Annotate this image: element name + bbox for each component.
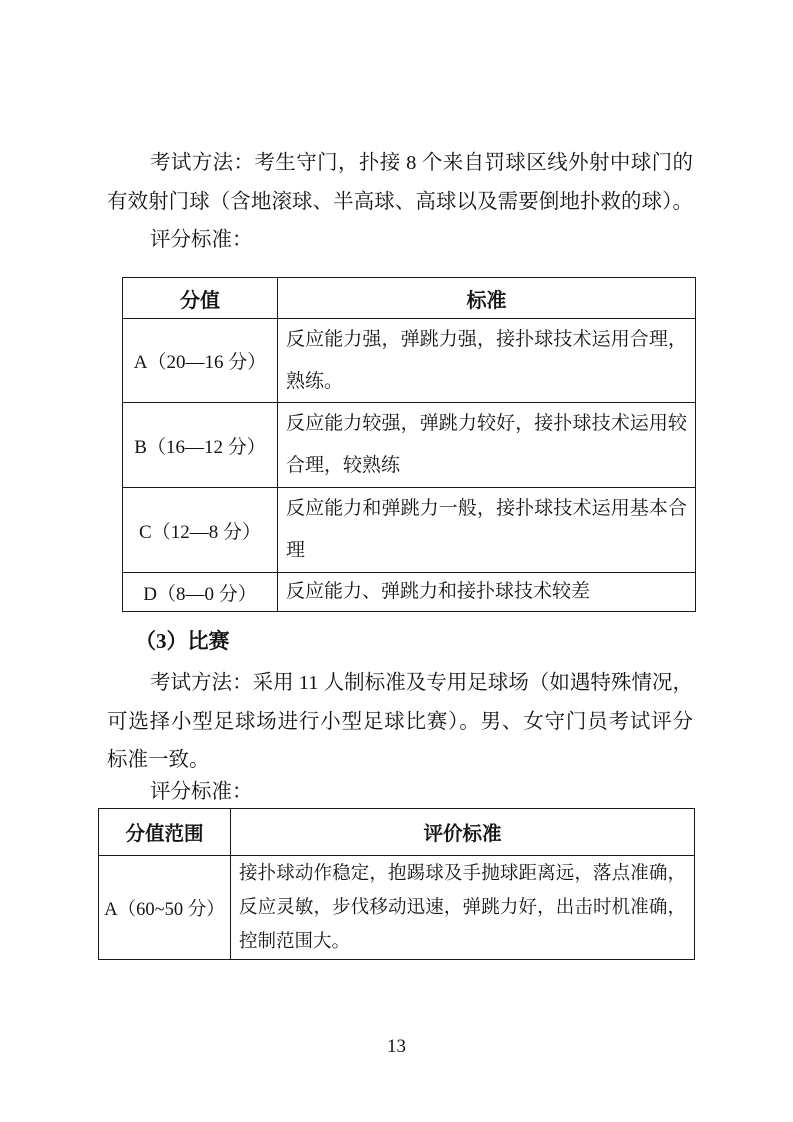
- table1-row-d-score: D（8—0 分）: [123, 573, 278, 611]
- scoring-standard-label: 评分标准：: [107, 221, 693, 260]
- paragraph-line: 可选择小型足球场进行小型足球比赛）。男、女守门员考试评分: [107, 703, 693, 742]
- table1-row-b-desc: 反应能力较强，弹跳力较好，接扑球技术运用较 合理，较熟练: [278, 403, 695, 488]
- paragraph-line: 考试方法：采用 11 人制标准及专用足球场（如遇特殊情况，: [107, 664, 693, 703]
- paragraph-line: 有效射门球（含地滚球、半高球、高球以及需要倒地扑救的球）。: [107, 183, 693, 222]
- table1-header-standard: 标准: [278, 278, 695, 319]
- table2-header-score-range: 分值范围: [99, 809, 231, 856]
- table1-row-b-score: B（16—12 分）: [123, 403, 278, 488]
- table1-row-a-desc: 反应能力强，弹跳力强，接扑球技术运用合理， 熟练。: [278, 319, 695, 403]
- section-3-heading: （3）比赛: [107, 626, 693, 656]
- table1-row-c-desc: 反应能力和弹跳力一般，接扑球技术运用基本合 理: [278, 488, 695, 573]
- scoring-standard-label-2: 评分标准：: [107, 778, 693, 807]
- exam-method-paragraph-1: 考试方法：考生守门，扑接 8 个来自罚球区线外射中球门的 有效射门球（含地滚球、…: [107, 144, 693, 260]
- table2-header-eval-standard: 评价标准: [231, 809, 694, 856]
- table1-row-a-score: A（20—16 分）: [123, 319, 278, 403]
- table2-row-a-desc: 接扑球动作稳定，抱踢球及手抛球距离远，落点准确， 反应灵敏，步伐移动迅速，弹跳力…: [231, 856, 694, 959]
- page-number: 13: [0, 1036, 793, 1058]
- score-standard-table-1: 分值 标准 A（20—16 分） 反应能力强，弹跳力强，接扑球技术运用合理， 熟…: [122, 277, 696, 612]
- exam-method-paragraph-2: 考试方法：采用 11 人制标准及专用足球场（如遇特殊情况， 可选择小型足球场进行…: [107, 664, 693, 780]
- document-page: 考试方法：考生守门，扑接 8 个来自罚球区线外射中球门的 有效射门球（含地滚球、…: [0, 0, 793, 1122]
- paragraph-line: 标准一致。: [107, 741, 693, 780]
- table1-row-d-desc: 反应能力、弹跳力和接扑球技术较差: [278, 573, 695, 611]
- score-standard-table-2: 分值范围 评价标准 A（60~50 分） 接扑球动作稳定，抱踢球及手抛球距离远，…: [98, 808, 695, 960]
- table1-header-score: 分值: [123, 278, 278, 319]
- table1-row-c-score: C（12—8 分）: [123, 488, 278, 573]
- table2-row-a-score: A（60~50 分）: [99, 856, 231, 959]
- paragraph-line: 考试方法：考生守门，扑接 8 个来自罚球区线外射中球门的: [107, 144, 693, 183]
